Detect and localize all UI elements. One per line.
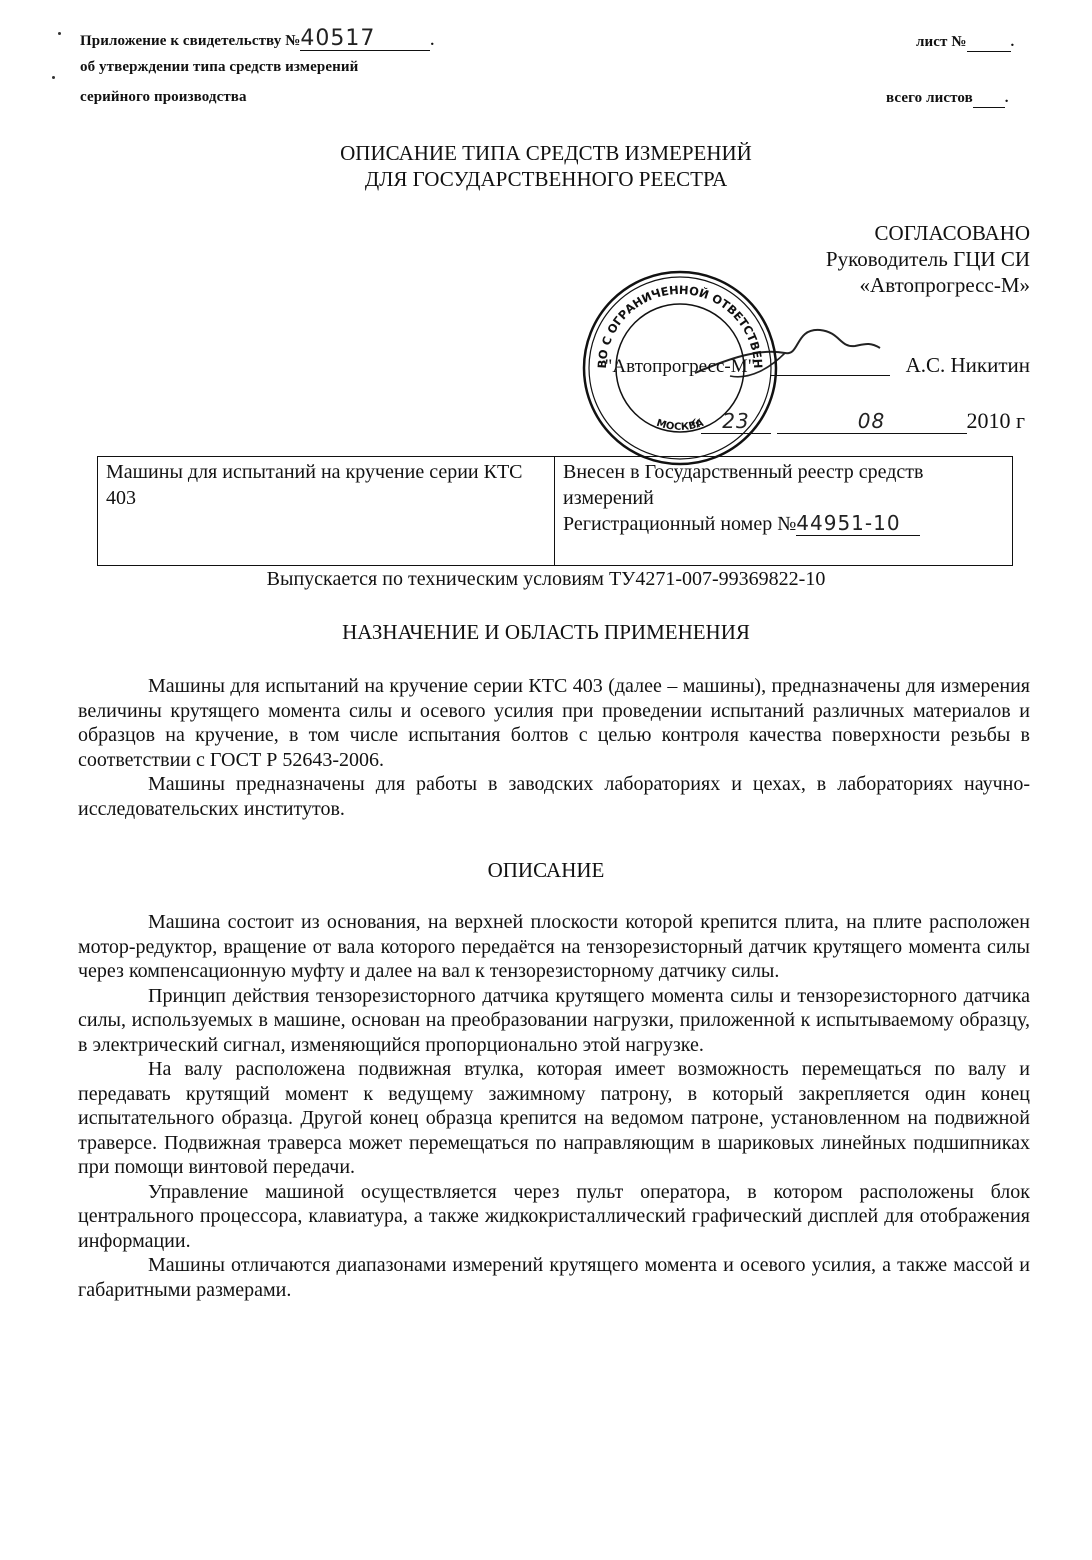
document-title-line1: ОПИСАНИЕ ТИПА СРЕДСТВ ИЗМЕРЕНИЙ xyxy=(0,140,1092,166)
technical-conditions: Выпускается по техническим условиям ТУ42… xyxy=(0,568,1092,591)
paragraph: Принцип действия тензорезисторного датчи… xyxy=(78,984,1030,1058)
total-sheets-label: всего листов xyxy=(886,90,973,106)
paragraph: Машина состоит из основания, на верхней … xyxy=(78,910,1030,984)
scan-speck xyxy=(58,32,61,35)
organization-stamp-icon: ОБЩЕСТВО С ОГРАНИЧЕННОЙ ОТВЕТСТВЕННОСТЬЮ… xyxy=(580,268,780,468)
svg-text:"Автопрогресс-М": "Автопрогресс-М" xyxy=(605,356,756,377)
certificate-number: 40517 xyxy=(300,26,375,51)
registration-number-line: Регистрационный номер №44951-10 xyxy=(563,511,1004,537)
paragraph: Машины отличаются диапазонами измерений … xyxy=(78,1253,1030,1302)
registration-number-label: Регистрационный номер № xyxy=(563,513,796,535)
certificate-number-field: 40517 xyxy=(300,30,430,51)
registry-entry-text: Внесен в Государственный реестр средств … xyxy=(563,459,1004,511)
approver-organization: «Автопрогресс-М» xyxy=(860,272,1030,298)
date-month: 08 xyxy=(858,409,885,433)
approver-name: А.С. Никитин xyxy=(906,352,1030,378)
registry-info-cell: Внесен в Государственный реестр средств … xyxy=(555,457,1012,565)
sheet-number-line: лист № . xyxy=(916,33,1014,52)
sheet-number-label: лист № xyxy=(916,34,967,50)
paragraph: Машины для испытаний на кручение серии К… xyxy=(78,674,1030,772)
svg-text:МОСКВА: МОСКВА xyxy=(655,418,705,433)
sheet-number-field xyxy=(967,33,1011,52)
document-title-line2: ДЛЯ ГОСУДАРСТВЕННОГО РЕЕСТРА xyxy=(0,166,1092,192)
instrument-name-cell: Машины для испытаний на кручение серии К… xyxy=(98,457,555,565)
section-heading-purpose: НАЗНАЧЕНИЕ И ОБЛАСТЬ ПРИМЕНЕНИЯ xyxy=(0,620,1092,645)
section-heading-description: ОПИСАНИЕ xyxy=(0,858,1092,883)
approver-position: Руководитель ГЦИ СИ xyxy=(826,246,1030,272)
registry-table: Машины для испытаний на кручение серии К… xyxy=(97,456,1013,566)
certificate-annex-label: Приложение к свидетельству № xyxy=(80,33,300,49)
paragraph: Управление машиной осуществляется через … xyxy=(78,1180,1030,1254)
section-purpose-body: Машины для испытаний на кручение серии К… xyxy=(78,674,1030,821)
registration-number: 44951-10 xyxy=(796,511,900,535)
certificate-annex-line: Приложение к свидетельству №40517. xyxy=(80,30,434,51)
serial-production-line: серийного производства xyxy=(80,89,247,106)
approval-heading: СОГЛАСОВАНО xyxy=(875,220,1030,246)
date-year: 2010 г xyxy=(967,408,1026,433)
svg-text:ОБЩЕСТВО С ОГРАНИЧЕННОЙ ОТВЕТС: ОБЩЕСТВО С ОГРАНИЧЕННОЙ ОТВЕТСТВЕННОСТЬЮ xyxy=(580,268,765,369)
section-description-body: Машина состоит из основания, на верхней … xyxy=(78,910,1030,1302)
paragraph: На валу расположена подвижная втулка, ко… xyxy=(78,1057,1030,1180)
total-sheets-line: всего листов . xyxy=(886,89,1009,108)
scan-speck xyxy=(52,76,55,79)
approval-type-line: об утверждении типа средств измерений xyxy=(80,59,358,76)
paragraph: Машины предназначены для работы в заводс… xyxy=(78,772,1030,821)
total-sheets-field xyxy=(973,89,1005,108)
